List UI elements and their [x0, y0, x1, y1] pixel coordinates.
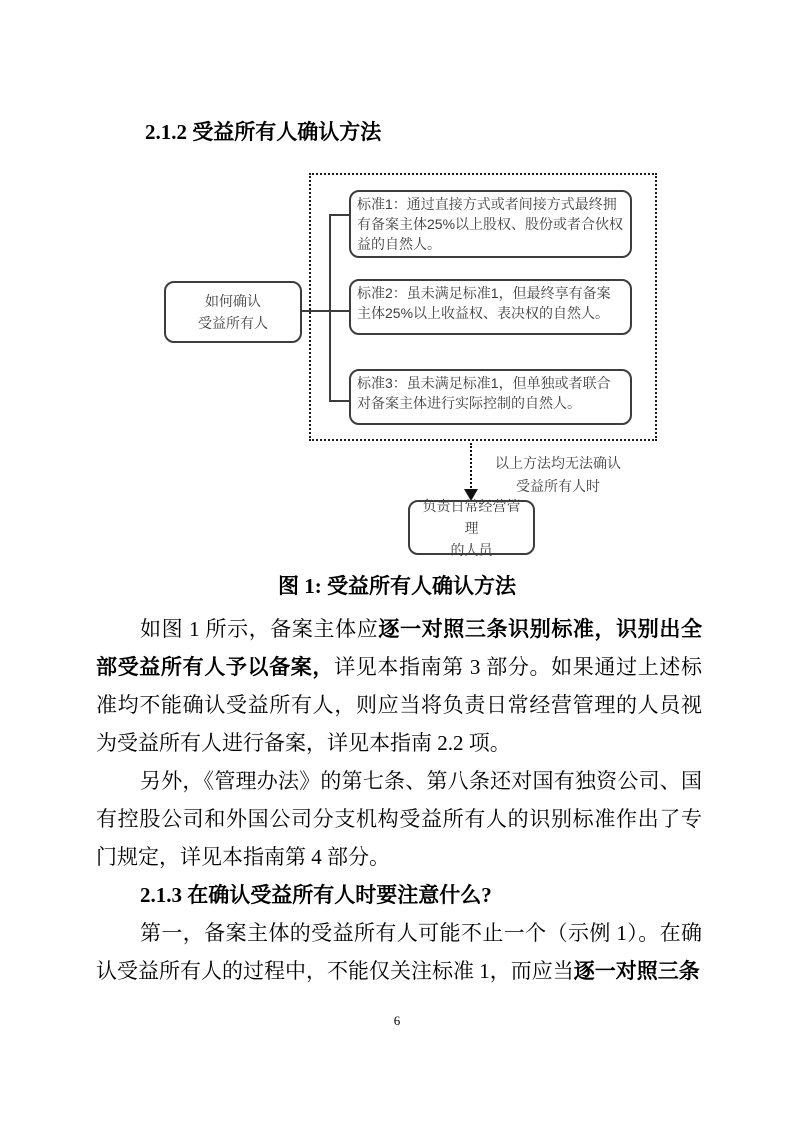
- page-number: 6: [0, 1013, 794, 1029]
- flow-node-standard-2: 标准2：虽未满足标准1，但最终享有备案主体25%以上收益权、表决权的自然人。: [349, 279, 632, 335]
- paragraph-1-run-1: 如图 1 所示，备案主体应: [140, 617, 378, 641]
- flow-node-root: 如何确认 受益所有人: [164, 281, 302, 343]
- connector-root-line: [302, 310, 349, 312]
- paragraph-2: 另外，《管理办法》的第七条、第八条还对国有独资公司、国有控股公司和外国公司分支机…: [96, 762, 702, 876]
- flow-node-standard-3: 标准3：虽未满足标准1，但单独或者联合对备案主体进行实际控制的自然人。: [349, 369, 632, 425]
- connector-standard1-line: [329, 214, 349, 216]
- section-heading-2-1-2: 2.1.2 受益所有人确认方法: [145, 118, 381, 146]
- paragraph-1: 如图 1 所示，备案主体应逐一对照三条识别标准，识别出全部受益所有人予以备案，详…: [96, 610, 702, 762]
- flow-node-fallback: 负责日常经营管理 的人员: [408, 500, 535, 555]
- connector-trunk-line: [329, 214, 331, 402]
- document-page: 2.1.2 受益所有人确认方法 如何确认 受益所有人 标准1：通过直接方式或者间…: [0, 0, 794, 1123]
- dotted-arrow-line: [470, 443, 472, 491]
- arrow-condition-label: 以上方法均无法确认 受益所有人时: [483, 452, 633, 498]
- figure-caption: 图 1: 受益所有人确认方法: [0, 570, 794, 600]
- section-heading-2-1-3: 2.1.3 在确认受益所有人时要注意什么?: [96, 876, 702, 914]
- connector-standard3-line: [329, 400, 349, 402]
- paragraph-2-run-1: 另外，《管理办法》的第七条、第八条还对国有独资公司、国有控股公司和外国公司分支机…: [96, 769, 702, 869]
- flow-node-standard-1: 标准1：通过直接方式或者间接方式最终拥有备案主体25%以上股权、股份或者合伙权益…: [349, 190, 632, 258]
- paragraph-3: 第一，备案主体的受益所有人可能不止一个（示例 1）。在确认受益所有人的过程中，不…: [96, 914, 702, 990]
- body-text: 如图 1 所示，备案主体应逐一对照三条识别标准，识别出全部受益所有人予以备案，详…: [96, 610, 702, 990]
- paragraph-3-run-2-bold: 逐一对照三条: [574, 959, 700, 983]
